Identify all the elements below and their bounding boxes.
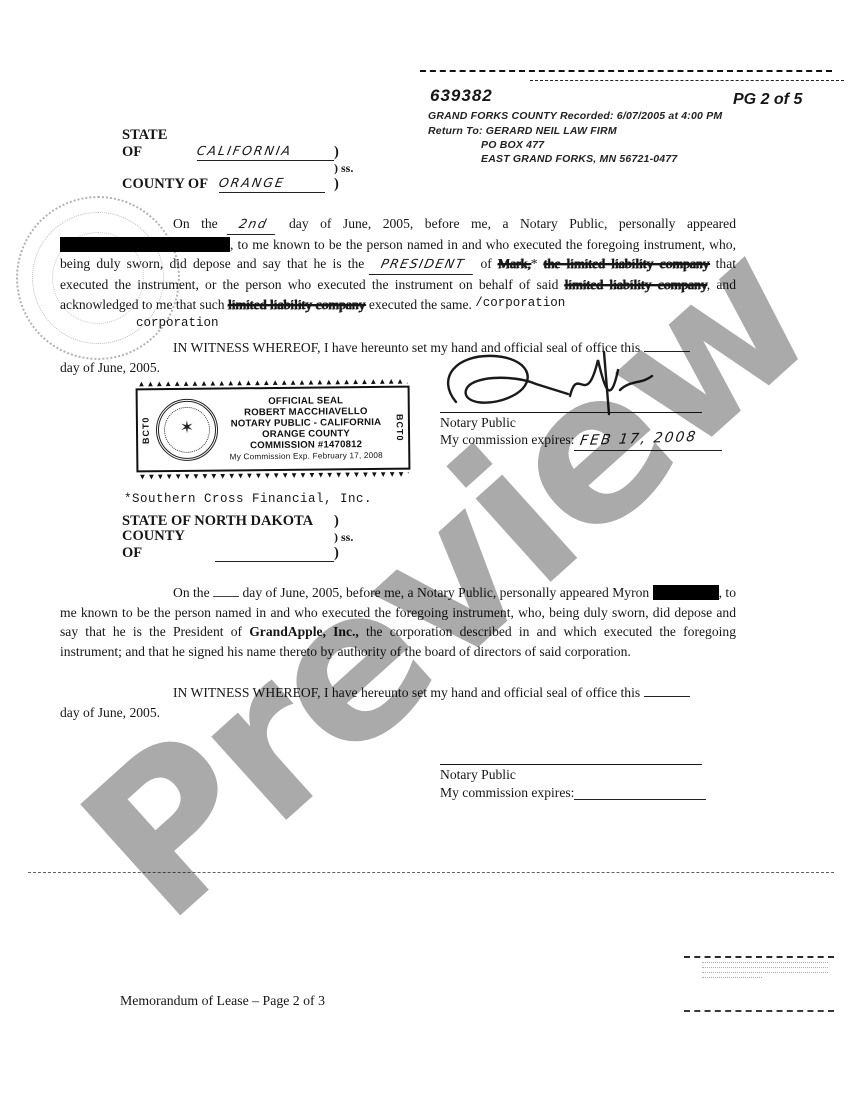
faint-stamp-bottom-edge	[684, 1010, 834, 1012]
county-of-label: COUNTY OF	[122, 176, 208, 193]
top-dashed-line	[420, 70, 832, 72]
stamp-side-code-left: BCT0	[141, 417, 151, 445]
notary-rubber-stamp: ▲▲▲▲▲▲▲▲▲▲▲▲▲▲▲▲▲▲▲▲▲▲▲▲▲▲▲▲▲▲▲▲▲ ▼▼▼▼▼▼…	[133, 377, 412, 482]
signature-line	[440, 764, 702, 765]
witness-text-line2: day of June, 2005.	[60, 703, 736, 723]
county-name-blank: ORANGE	[219, 175, 325, 193]
commission-expires-row: My commission expires:	[440, 784, 706, 801]
struck-llc-phrase: limited liability company	[228, 297, 365, 312]
stamp-side-code-right: BCT0	[395, 414, 405, 442]
handwritten-state: CALIFORNIA	[195, 143, 293, 158]
para-text: On the	[173, 216, 218, 231]
page-count-label: PG 2 of 5	[733, 91, 802, 109]
state-of-label: STATE OF	[122, 127, 185, 161]
return-address-line1: PO BOX 477	[481, 139, 544, 151]
para-text: day of June, 2005, before me, a Notary P…	[289, 216, 736, 231]
company-name-bold: GrandApple, Inc.,	[249, 624, 359, 639]
faint-recorder-stamp	[684, 956, 834, 1014]
paren-right: )	[334, 513, 339, 530]
california-venue-block: STATE OF CALIFORNIA ) ) ss. COUNTY OF OR…	[122, 144, 402, 193]
recorded-stamp-line: GRAND FORKS COUNTY Recorded: 6/07/2005 a…	[428, 110, 722, 122]
typed-correction-below: corporation	[136, 314, 736, 334]
notary-public-label: Notary Public	[440, 415, 516, 431]
county-of-label: COUNTY OF	[122, 528, 207, 562]
commission-expires-label: My commission expires:	[440, 785, 574, 800]
para-text: executed the same.	[369, 297, 472, 312]
stamp-text-block: OFFICIAL SEAL ROBERT MACCHIAVELLO NOTARY…	[218, 395, 395, 463]
struck-llc-phrase: the limited liability company	[544, 256, 710, 271]
stamp-border-box: BCT0 BCT0 ✶ OFFICIAL SEAL ROBERT MACCHIA…	[136, 386, 411, 473]
commission-date-blank-empty	[574, 784, 706, 800]
redacted-name-bar	[60, 237, 230, 252]
ca-acknowledgment-paragraph: On the 2nd day of June, 2005, before me,…	[60, 214, 736, 333]
notary-public-label: Notary Public	[440, 767, 516, 783]
return-address-line2: EAST GRAND FORKS, MN 56721-0477	[481, 153, 677, 165]
handwritten-expiry-date: FEB 17, 2008	[579, 429, 698, 449]
asterisk-footnote: *Southern Cross Financial, Inc.	[124, 492, 372, 506]
document-number: 639382	[430, 86, 493, 106]
county-name-blank-empty	[215, 547, 334, 562]
struck-llc-phrase: limited liability company	[565, 277, 707, 292]
para-text: of	[480, 256, 491, 271]
handwritten-title: PRESIDENT	[368, 254, 476, 275]
paren-right: )	[334, 144, 339, 161]
emblem-figure-icon: ✶	[159, 418, 215, 439]
day-blank	[213, 583, 239, 597]
faint-stamp-noise	[702, 972, 828, 973]
state-seal-emblem: ✶	[156, 399, 219, 462]
faint-stamp-noise	[702, 962, 828, 963]
commission-expires-row: My commission expires:FEB 17, 2008	[440, 432, 722, 451]
faint-stamp-noise	[702, 967, 828, 968]
return-to-line: Return To: GERARD NEIL LAW FIRM	[428, 125, 617, 137]
typed-correction-inline: /corporation	[475, 296, 565, 310]
scanned-notary-page: 639382 PG 2 of 5 GRAND FORKS COUNTY Reco…	[0, 0, 850, 1104]
commission-expires-label: My commission expires:	[440, 432, 574, 447]
footnote-asterisk: *	[531, 256, 538, 271]
nd-witness-clause: IN WITNESS WHEREOF, I have hereunto set …	[60, 683, 736, 722]
commission-date-blank: FEB 17, 2008	[574, 435, 722, 451]
faint-stamp-noise	[702, 977, 762, 978]
para-text: day of June, 2005, before me, a Notary P…	[242, 585, 649, 600]
ss-label: ) ss.	[122, 161, 402, 176]
document-footer-title: Memorandum of Lease – Page 2 of 3	[120, 993, 325, 1009]
faint-stamp-top-edge	[684, 956, 834, 958]
notary-signature-scrawl	[428, 350, 718, 416]
page-separator-dashed-line	[28, 872, 834, 873]
stamp-line: NOTARY PUBLIC - CALIFORNIA	[218, 417, 394, 430]
witness-text: IN WITNESS WHEREOF, I have hereunto set …	[173, 685, 640, 700]
redacted-name-bar	[653, 585, 719, 600]
handwritten-county: ORANGE	[218, 175, 287, 190]
handwritten-day: 2nd	[227, 214, 280, 235]
struck-name: Mark,	[498, 256, 531, 271]
north-dakota-venue-block: STATE OF NORTH DAKOTA ) ) ss. COUNTY OF …	[122, 513, 402, 562]
para-text: On the	[173, 585, 210, 600]
state-name-blank: CALIFORNIA	[197, 143, 334, 161]
top-dashed-line-2	[530, 80, 844, 81]
paren-right: )	[334, 545, 339, 562]
stamp-expiry-line: My Commission Exp. February 17, 2008	[218, 450, 394, 463]
paren-right: )	[334, 176, 339, 193]
day-blank-line	[644, 683, 690, 697]
nd-acknowledgment-paragraph: On the day of June, 2005, before me, a N…	[60, 583, 736, 661]
